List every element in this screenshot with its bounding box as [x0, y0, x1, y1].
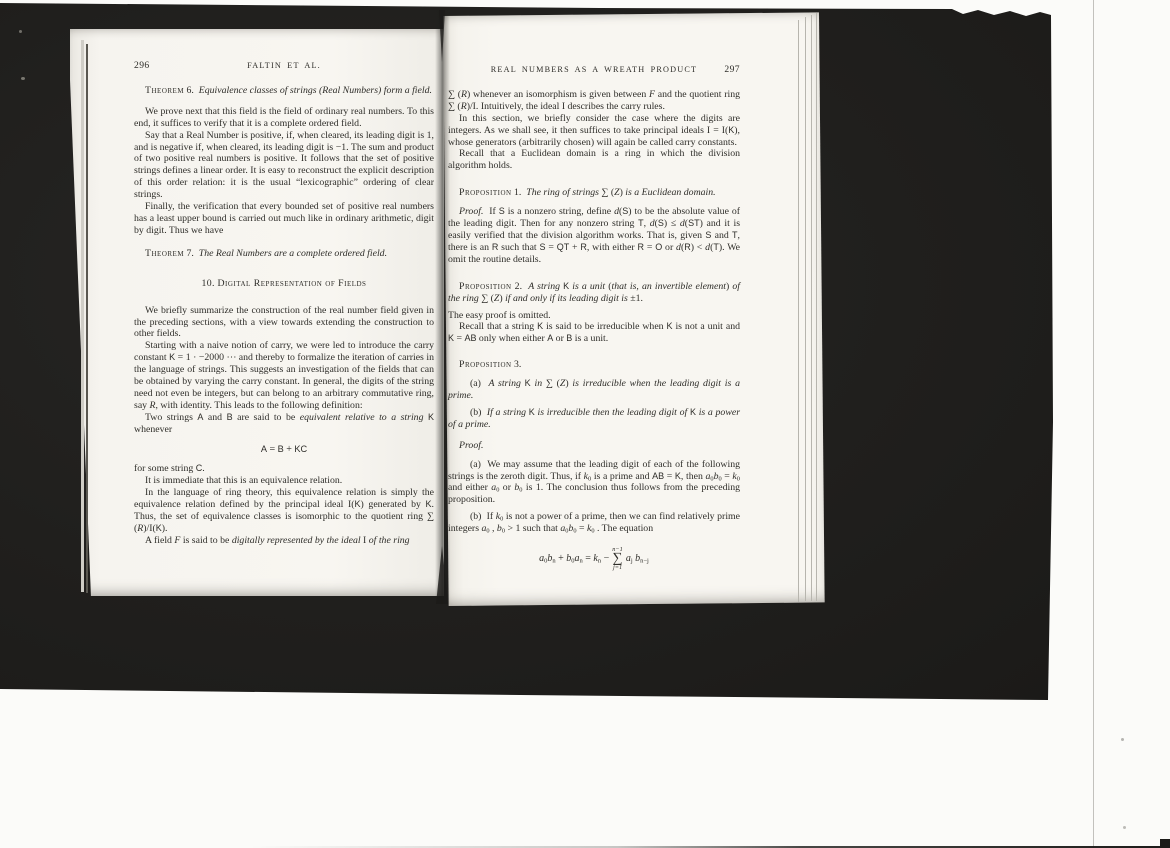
page-number: 297 — [706, 64, 740, 76]
paragraph: In this section, we briefly consider the… — [448, 113, 740, 149]
paragraph: We prove next that this field is the fie… — [134, 106, 434, 130]
left-cover-edge-line — [86, 44, 88, 593]
left-page-body: Theorem 6. Equivalence classes of string… — [134, 85, 434, 547]
paragraph: A field F is said to be digitally repres… — [134, 535, 434, 547]
paragraph: The easy proof is omitted. — [448, 310, 740, 322]
paragraph: (a) We may assume that the leading digit… — [448, 459, 740, 507]
paragraph: (b) If k0 is not a power of a prime, the… — [448, 511, 740, 535]
right-page-header: REAL NUMBERS AS A WREATH PRODUCT 297 — [448, 64, 740, 76]
paragraph: ∑ (R) whenever an isomorphism is given b… — [448, 89, 740, 113]
paragraph: Starting with a naive notion of carry, w… — [134, 340, 434, 411]
theorem-statement: Proposition 1. The ring of strings ∑ (Z)… — [448, 187, 740, 199]
paragraph: We briefly summarize the construction of… — [134, 305, 434, 341]
right-page-text: REAL NUMBERS AS A WREATH PRODUCT 297 ∑ (… — [448, 64, 740, 572]
paragraph: Two strings A and B are said to be equiv… — [134, 412, 434, 436]
scan-speck — [1123, 826, 1126, 829]
running-head: FALTIN ET AL. — [168, 60, 400, 72]
right-page-body: ∑ (R) whenever an isomorphism is given b… — [448, 89, 740, 572]
book-scan: 296 FALTIN ET AL. Theorem 6. Equivalence… — [0, 0, 1170, 848]
theorem-statement: Theorem 6. Equivalence classes of string… — [134, 85, 434, 97]
theorem-statement: Proposition 3. — [448, 359, 740, 371]
paragraph: for some string C. — [134, 463, 434, 475]
paragraph: Say that a Real Number is positive, if, … — [134, 130, 434, 201]
scan-speck — [1121, 738, 1124, 741]
paragraph: Proof. If S is a nonzero string, define … — [448, 206, 740, 266]
page-number: 296 — [134, 60, 168, 72]
scan-fold-line — [1093, 0, 1094, 848]
scan-corner-mark — [1160, 839, 1170, 848]
paragraph: (b) If a string K is irreducible then th… — [448, 407, 740, 431]
page-edge-line — [805, 17, 806, 601]
paragraph: It is immediate that this is an equivale… — [134, 475, 434, 487]
paragraph: Proof. — [448, 440, 740, 452]
paragraph: In the language of ring theory, this equ… — [134, 487, 434, 535]
paragraph: Finally, the verification that every bou… — [134, 201, 434, 237]
section-heading: 10. Digital Representation of Fields — [134, 278, 434, 290]
theorem-statement: Theorem 7. The Real Numbers are a comple… — [134, 248, 434, 260]
paragraph: Recall that a string K is said to be irr… — [448, 321, 740, 345]
display-equation: A = B + KC — [134, 444, 434, 456]
page-edge-line — [811, 15, 812, 601]
scan-speck — [21, 77, 25, 80]
scan-speck — [19, 30, 22, 33]
display-equation: a0bn + b0an = kn −n−1∑j=1aj bn−j — [448, 547, 740, 571]
left-page-text: 296 FALTIN ET AL. Theorem 6. Equivalence… — [134, 60, 434, 547]
summation: n−1∑j=1 — [612, 547, 623, 571]
running-head: REAL NUMBERS AS A WREATH PRODUCT — [482, 64, 706, 76]
left-cover-edge — [81, 40, 84, 592]
paragraph: Recall that a Euclidean domain is a ring… — [448, 148, 740, 172]
paragraph: (a) A string K in ∑ (Z) is irreducible w… — [448, 378, 740, 402]
page-edge-line — [798, 20, 799, 602]
left-page-header: 296 FALTIN ET AL. — [134, 60, 434, 72]
theorem-statement: Proposition 2. A string K is a unit (tha… — [448, 281, 740, 305]
page-edge-line — [816, 13, 817, 601]
